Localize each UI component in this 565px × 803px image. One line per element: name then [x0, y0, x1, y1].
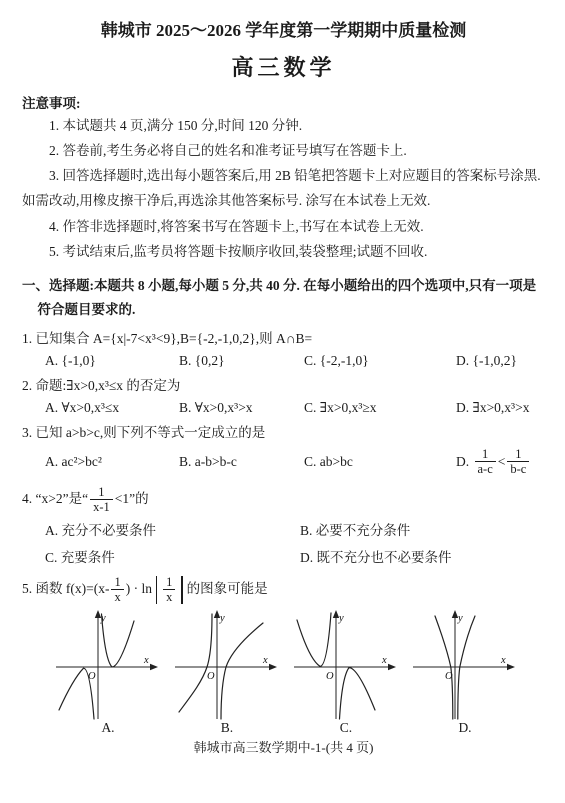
- fraction: 1 x: [163, 575, 175, 604]
- graph-option-a: y x O A.: [54, 609, 162, 736]
- page-footer: 韩城市高三数学期中-1-(共 4 页): [22, 737, 545, 756]
- y-axis-label: y: [457, 613, 463, 624]
- q3-option-c: C. ab>bc: [304, 454, 456, 470]
- x-axis-arrow: [507, 664, 515, 670]
- function-graph-a: y x O: [54, 609, 162, 721]
- curve-left-branch: [179, 614, 212, 712]
- y-axis-label: y: [338, 613, 344, 624]
- q1-option-a: A. {-1,0}: [45, 353, 179, 369]
- x-axis-arrow: [269, 664, 277, 670]
- graph-label-c: C.: [292, 720, 400, 736]
- relation-symbol: <: [498, 454, 506, 470]
- q4-option-d: D. 既不充分也不必要条件: [300, 546, 545, 566]
- fraction: 1 b-c: [507, 447, 529, 476]
- q2-option-a: A. ∀x>0,x³≤x: [45, 400, 179, 416]
- question-1-options: A. {-1,0} B. {0,2} C. {-2,-1,0} D. {-1,0…: [22, 353, 545, 369]
- question-5-graphs: y x O A. y x O B.: [54, 609, 545, 736]
- q3-option-b: B. a-b>b-c: [179, 454, 304, 470]
- curve-right-branch: [221, 623, 263, 719]
- graph-label-d: D.: [411, 720, 519, 736]
- notice-item-3: 3. 回答选择题时,选出每小题答案后,用 2B 铅笔把答题卡上对应题目的答案标号…: [22, 163, 545, 213]
- q2-option-c: C. ∃x>0,x³≥x: [304, 400, 456, 416]
- fraction: 1 x-1: [90, 485, 113, 514]
- notice-section: 注意事项: 1. 本试题共 4 页,满分 150 分,时间 120 分钟. 2.…: [22, 92, 545, 264]
- curve-left-branch: [297, 613, 331, 666]
- q1-option-d: D. {-1,0,2}: [456, 353, 545, 369]
- q1-option-c: C. {-2,-1,0}: [304, 353, 456, 369]
- function-graph-b: y x O: [173, 609, 281, 721]
- exam-title: 韩城市 2025～2026 学年度第一学期期中质量检测: [22, 20, 545, 42]
- abs-bar: [156, 576, 157, 604]
- q2-option-d: D. ∃x>0,x³>x: [456, 400, 545, 416]
- q3-option-a: A. ac²>bc²: [45, 454, 179, 470]
- notice-heading: 注意事项:: [22, 92, 545, 112]
- fraction: 1 a-c: [475, 447, 496, 476]
- question-1-stem: 1. 已知集合 A={x|-7<x³<9},B={-2,-1,0,2},则 A∩…: [22, 329, 545, 350]
- notice-item-5: 5. 考试结束后,监考员将答题卡按顺序收回,装袋整理;试题不回收.: [22, 239, 545, 264]
- function-graph-d: y x O: [411, 609, 519, 721]
- q3-option-d-label: D.: [456, 454, 469, 470]
- question-5-stem: 5. 函数 f(x)=(x- 1 x ) · ln 1 x 的图象可能是: [22, 575, 545, 604]
- notice-item-4: 4. 作答非选择题时,将答案书写在答题卡上,书写在本试卷上无效.: [22, 214, 545, 239]
- graph-option-d: y x O D.: [411, 609, 519, 736]
- x-axis-arrow: [388, 664, 396, 670]
- question-4-options: A. 充分不必要条件 B. 必要不充分条件 C. 充要条件 D. 既不充分也不必…: [22, 519, 545, 566]
- y-axis-label: y: [100, 613, 106, 624]
- question-4-stem: 4. “x>2”是“ 1 x-1 <1”的: [22, 485, 545, 514]
- question-3-stem: 3. 已知 a>b>c,则下列不等式一定成立的是: [22, 423, 545, 444]
- graph-option-c: y x O C.: [292, 609, 400, 736]
- question-3-options: A. ac²>bc² B. a-b>b-c C. ab>bc D. 1 a-c …: [22, 447, 545, 476]
- x-axis-label: x: [143, 655, 149, 666]
- x-axis-label: x: [500, 655, 506, 666]
- notice-item-1: 1. 本试题共 4 页,满分 150 分,时间 120 分钟.: [22, 113, 545, 138]
- q3-option-d: D. 1 a-c < 1 b-c: [456, 447, 545, 476]
- q1-option-b: B. {0,2}: [179, 353, 304, 369]
- abs-bar: [181, 576, 182, 604]
- origin-label: O: [207, 671, 215, 682]
- q4-option-b: B. 必要不充分条件: [300, 519, 545, 539]
- origin-label: O: [326, 671, 334, 682]
- curve-right-branch: [102, 614, 135, 667]
- notice-item-2: 2. 答卷前,考生务必将自己的姓名和准考证号填写在答题卡上.: [22, 138, 545, 163]
- x-axis-label: x: [262, 655, 268, 666]
- exam-page: 韩城市 2025～2026 学年度第一学期期中质量检测 高三数学 注意事项: 1…: [0, 0, 565, 756]
- curve-right-branch: [340, 668, 376, 719]
- graph-label-a: A.: [54, 720, 162, 736]
- graph-label-b: B.: [173, 720, 281, 736]
- y-axis-label: y: [219, 613, 225, 624]
- section-one-heading: 一、选择题:本题共 8 小题,每小题 5 分,共 40 分. 在每小题给出的四个…: [22, 274, 545, 323]
- question-2-stem: 2. 命题:∃x>0,x³≤x 的否定为: [22, 376, 545, 397]
- q4-option-a: A. 充分不必要条件: [45, 519, 300, 539]
- function-graph-c: y x O: [292, 609, 400, 721]
- fraction: 1 x: [111, 575, 123, 604]
- question-2-options: A. ∀x>0,x³≤x B. ∀x>0,x³>x C. ∃x>0,x³≥x D…: [22, 400, 545, 416]
- x-axis-arrow: [150, 664, 158, 670]
- x-axis-label: x: [381, 655, 387, 666]
- graph-option-b: y x O B.: [173, 609, 281, 736]
- q4-option-c: C. 充要条件: [45, 546, 300, 566]
- q2-option-b: B. ∀x>0,x³>x: [179, 400, 304, 416]
- exam-subject: 高三数学: [22, 51, 545, 82]
